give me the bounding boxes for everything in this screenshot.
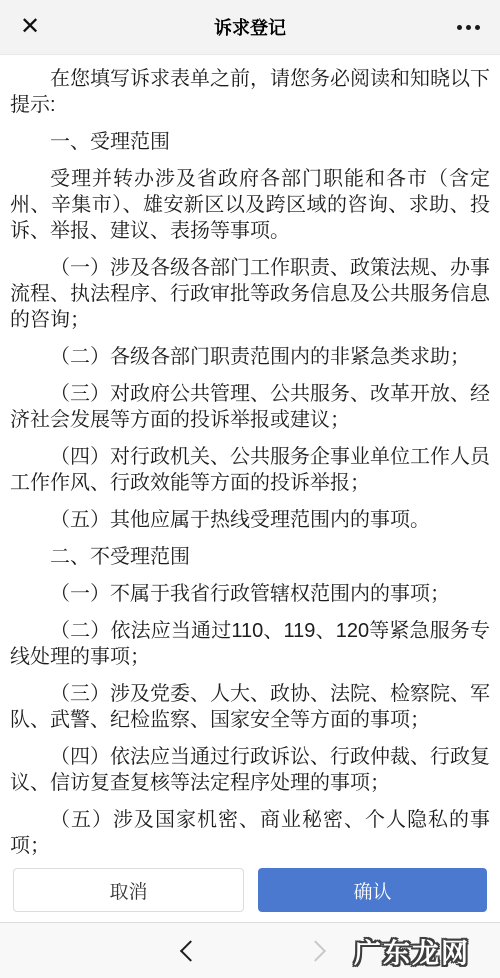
section-heading: 二、不受理范围	[10, 544, 490, 570]
notice-paragraph: （四）依法应当通过行政诉讼、行政仲裁、行政复议、信访复查复核等法定程序处理的事项…	[10, 744, 490, 796]
notice-paragraph: （三）涉及党委、人大、政协、法院、检察院、军队、武警、纪检监察、国家安全等方面的…	[10, 681, 490, 733]
browser-toolbar: 广东龙网	[0, 922, 500, 978]
notice-intro: 在您填写诉求表单之前，请您务必阅读和知晓以下提示:	[10, 66, 490, 118]
notice-paragraph: （一）涉及各级各部门工作职责、政策法规、办事流程、执法程序、行政审批等政务信息及…	[10, 255, 490, 333]
confirm-button[interactable]: 确认	[258, 868, 487, 912]
notice-paragraph: （二）各级各部门职责范围内的非紧急类求助；	[10, 344, 490, 370]
notice-paragraph: （四）对行政机关、公共服务企事业单位工作人员工作作风、行政效能等方面的投诉举报；	[10, 444, 490, 496]
appeal-registration-page: ✕ 诉求登记 在您填写诉求表单之前，请您务必阅读和知晓以下提示: 一、受理范围 …	[0, 0, 500, 978]
section-heading: 一、受理范围	[10, 129, 490, 155]
notice-paragraph: （二）依法应当通过110、119、120等紧急服务专线处理的事项；	[10, 618, 490, 670]
forward-icon[interactable]	[305, 940, 326, 961]
notice-paragraph: （三）对政府公共管理、公共服务、改革开放、经济社会发展等方面的投诉举报或建议；	[10, 381, 490, 433]
titlebar: ✕ 诉求登记	[0, 0, 500, 55]
back-icon[interactable]	[180, 940, 201, 961]
notice-paragraph: （五）其他应属于热线受理范围内的事项。	[10, 507, 490, 533]
notice-paragraph: （五）涉及国家机密、商业秘密、个人隐私的事项；	[10, 807, 490, 859]
action-buttons-row: 取消 确认	[0, 862, 500, 922]
notice-paragraph: （一）不属于我省行政管辖权范围内的事项；	[10, 581, 490, 607]
notice-paragraph: 受理并转办涉及省政府各部门职能和各市（含定州、辛集市）、雄安新区以及跨区域的咨询…	[10, 166, 490, 244]
watermark-logo: 广东龙网	[354, 931, 470, 970]
notice-scroll-area[interactable]: 在您填写诉求表单之前，请您务必阅读和知晓以下提示: 一、受理范围 受理并转办涉及…	[0, 55, 500, 862]
page-title: 诉求登记	[0, 14, 500, 40]
cancel-button[interactable]: 取消	[13, 868, 244, 912]
